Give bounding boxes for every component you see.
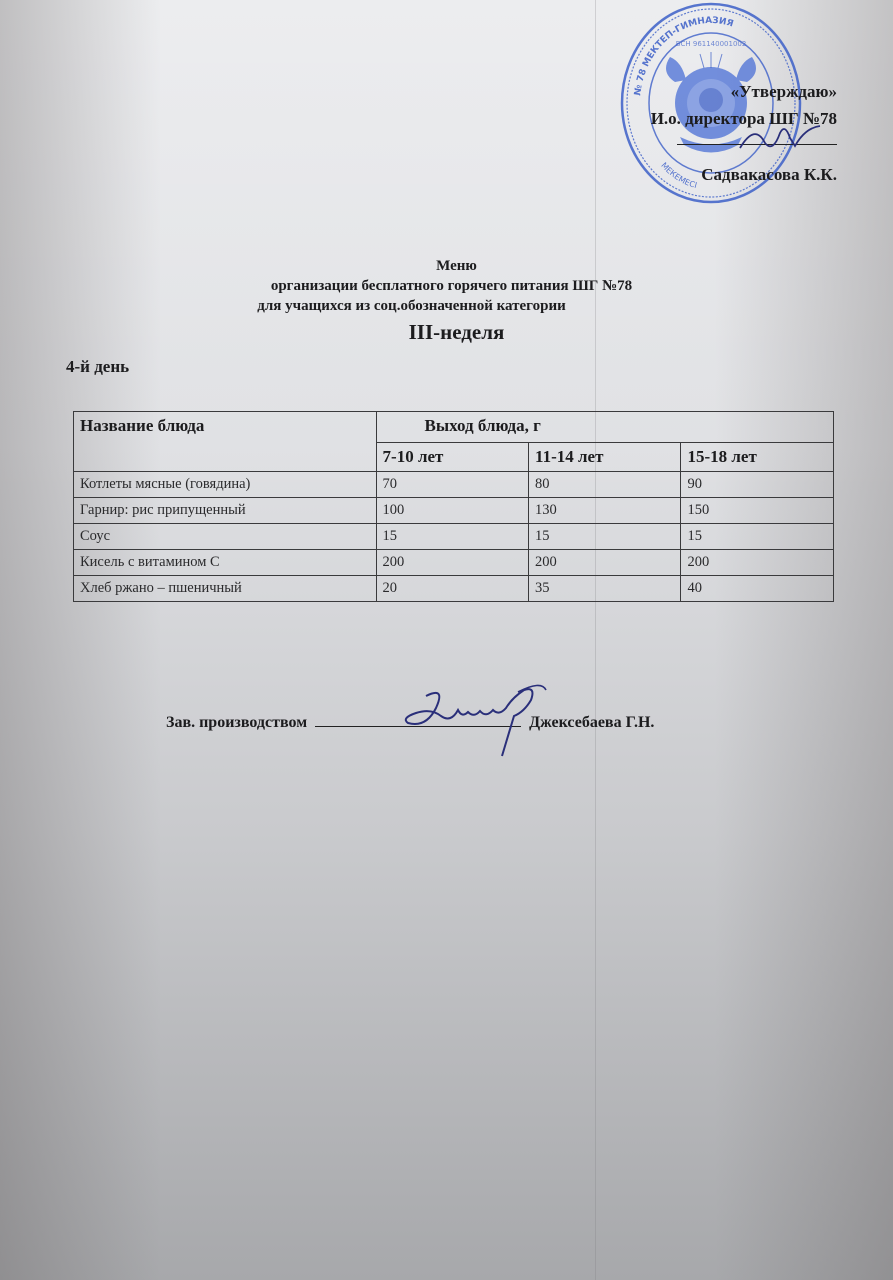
dish-name: Кисель с витамином С (74, 550, 377, 576)
yield-value: 200 (681, 550, 834, 576)
yield-value: 70 (376, 472, 528, 498)
manager-signature-icon (396, 678, 561, 758)
dish-name: Соус (74, 524, 377, 550)
dish-name: Хлеб ржано – пшеничный (74, 576, 377, 602)
menu-table: Название блюда Выход блюда, г 7-10 лет 1… (73, 411, 834, 602)
yield-value: 150 (681, 498, 834, 524)
yield-value: 35 (529, 576, 681, 602)
yield-value: 20 (376, 576, 528, 602)
header-dish-name: Название блюда (74, 412, 377, 472)
yield-value: 130 (529, 498, 681, 524)
title-category: для учащихся из соц.обозначенной категор… (0, 296, 893, 316)
dish-name: Котлеты мясные (говядина) (74, 472, 377, 498)
title-week: III-неделя (20, 318, 893, 346)
footer-role: Зав. производством (166, 714, 307, 731)
table-row: Кисель с витамином С 200 200 200 (74, 550, 834, 576)
approval-name: Садвакасова К.К. (651, 161, 837, 188)
dish-name: Гарнир: рис припущенный (74, 498, 377, 524)
table-row: Хлеб ржано – пшеничный 20 35 40 (74, 576, 834, 602)
title-organization: организации бесплатного горячего питания… (10, 276, 893, 296)
header-age-group: 11-14 лет (529, 443, 681, 472)
yield-value: 80 (529, 472, 681, 498)
header-yield: Выход блюда, г (376, 412, 833, 443)
document-title: Меню организации бесплатного горячего пи… (0, 256, 893, 346)
table-row: Гарнир: рис припущенный 100 130 150 (74, 498, 834, 524)
yield-value: 15 (681, 524, 834, 550)
yield-value: 15 (529, 524, 681, 550)
svg-text:БСН 961140001002: БСН 961140001002 (676, 40, 747, 48)
header-age-group: 15-18 лет (681, 443, 834, 472)
yield-value: 15 (376, 524, 528, 550)
day-label: 4-й день (66, 357, 129, 377)
title-menu: Меню (20, 256, 893, 276)
yield-value: 200 (376, 550, 528, 576)
table-row: Соус 15 15 15 (74, 524, 834, 550)
header-age-group: 7-10 лет (376, 443, 528, 472)
approval-heading: «Утверждаю» (651, 78, 837, 105)
yield-value: 90 (681, 472, 834, 498)
yield-value: 100 (376, 498, 528, 524)
paper-fold (595, 0, 596, 1280)
table-row: Котлеты мясные (говядина) 70 80 90 (74, 472, 834, 498)
yield-value: 200 (529, 550, 681, 576)
yield-value: 40 (681, 576, 834, 602)
director-signature-icon (735, 118, 825, 158)
